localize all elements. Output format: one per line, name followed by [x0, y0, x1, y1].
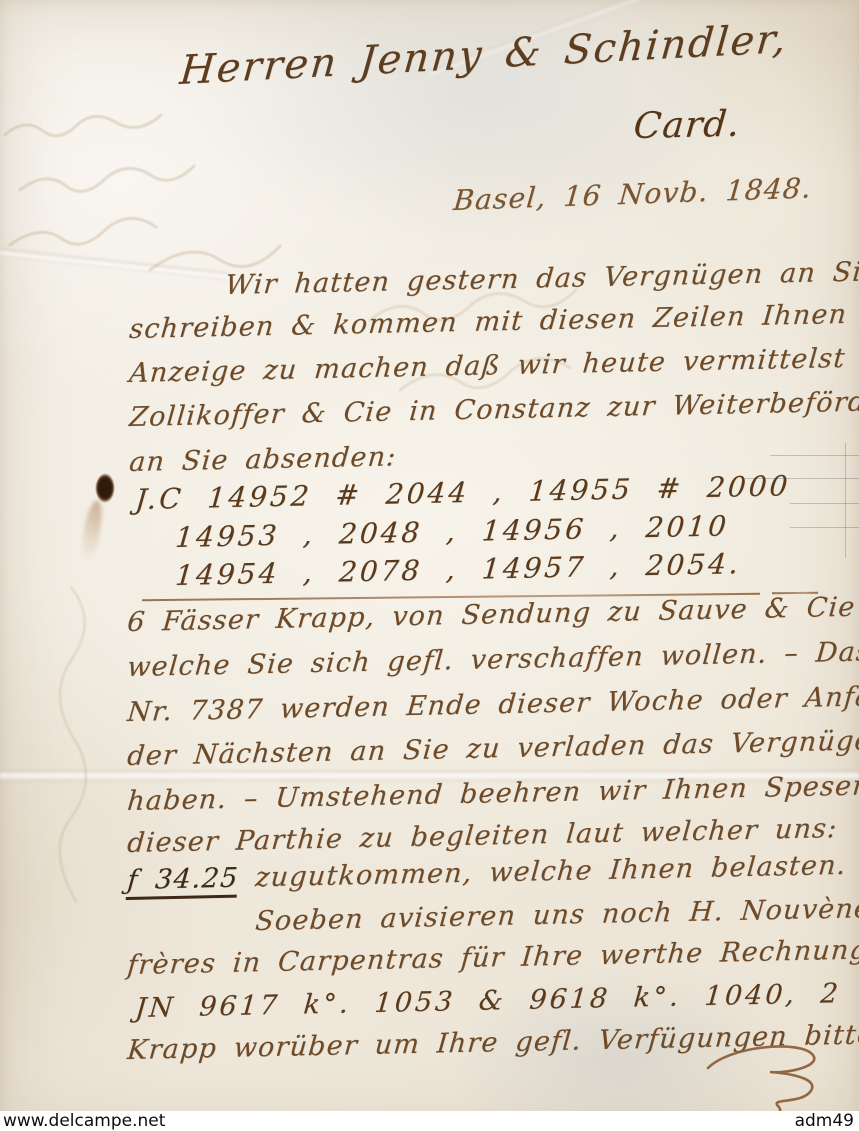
- recipient-addendum: Card.: [632, 104, 742, 147]
- watermark-bar: www.delcampe.net adm49: [0, 1111, 859, 1131]
- scanned-letter-photo: Herren Jenny & Schindler, Card. Basel, 1…: [0, 0, 859, 1131]
- delcampe-watermark: www.delcampe.net: [0, 1111, 165, 1131]
- letter-line: an Sie absenden:: [128, 441, 398, 478]
- seller-watermark: adm49: [795, 1111, 859, 1131]
- amount-value: ƒ 34.25: [126, 863, 240, 900]
